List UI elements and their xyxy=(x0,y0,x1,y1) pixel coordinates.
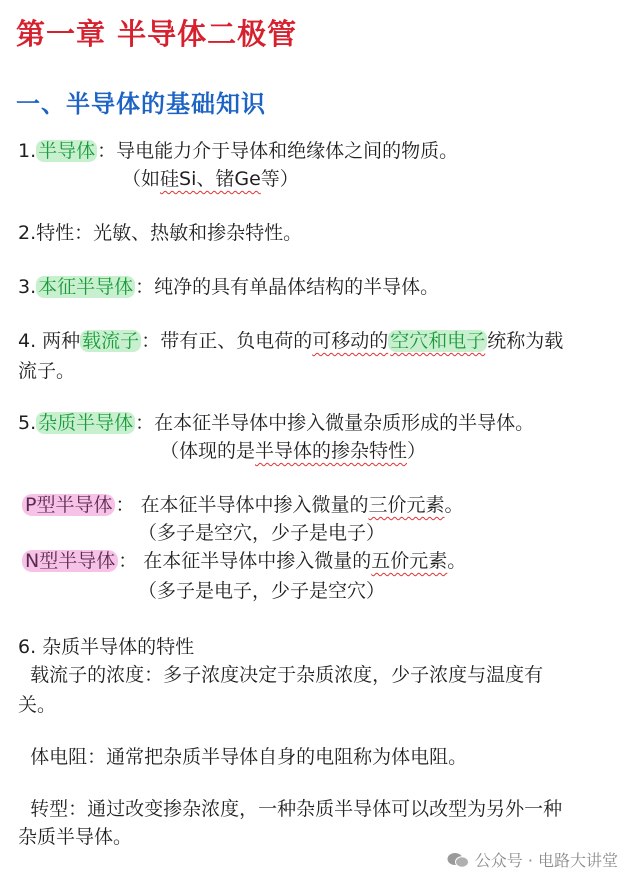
definition: ：纯净的具有单晶体结构的半导体。 xyxy=(135,276,439,298)
note-text: （体现的是 xyxy=(160,440,255,462)
note-text: ） xyxy=(407,440,426,462)
p-type-note: （多子是空穴，少子是电子） xyxy=(138,518,385,545)
item-3: 3.本征半导体：纯净的具有单晶体结构的半导体。 xyxy=(18,272,439,299)
item-number: 5. xyxy=(18,412,36,434)
wavy-underlined-text: 硅Si、锗Ge xyxy=(160,168,261,190)
note-text: （如 xyxy=(122,168,160,190)
item-number: 1. xyxy=(18,140,36,162)
carrier-concentration: 载流子的浓度：多子浓度决定于杂质浓度，少子浓度与温度有 xyxy=(18,660,543,687)
term-highlight: 空穴和电子 xyxy=(388,330,487,352)
item-2: 2.特性：光敏、热敏和掺杂特性。 xyxy=(18,218,302,245)
definition: ： 在本征半导体中掺入微量的 xyxy=(115,494,368,516)
watermark: 公众号 · 电路大讲堂 xyxy=(447,848,618,871)
n-type-line: N型半导体： 在本征半导体中掺入微量的五价元素。 xyxy=(22,546,466,573)
definition: ：在本征半导体中掺入微量杂质形成的半导体。 xyxy=(135,412,534,434)
p-type-term: P型半导体 xyxy=(22,494,115,516)
definition: 统称为载 xyxy=(487,330,563,352)
type-conversion: 转型：通过改变掺杂浓度，一种杂质半导体可以改型为另外一种 xyxy=(18,794,562,821)
item-4-cont: 流子。 xyxy=(18,356,75,383)
note-text: 等） xyxy=(261,168,299,190)
type-conversion-cont: 杂质半导体。 xyxy=(18,822,132,849)
wavy-underlined-text: 五价元素 xyxy=(371,550,447,572)
watermark-text: 公众号 · 电路大讲堂 xyxy=(475,848,618,871)
colon: ： xyxy=(97,140,116,162)
term-highlight: 半导体 xyxy=(36,140,97,162)
section-heading: 一、半导体的基础知识 xyxy=(16,84,266,119)
item-5: 5.杂质半导体：在本征半导体中掺入微量杂质形成的半导体。 xyxy=(18,408,534,435)
punct: 。 xyxy=(445,494,464,516)
chapter-title: 第一章 半导体二极管 xyxy=(16,12,297,53)
term-highlight: 本征半导体 xyxy=(36,276,135,298)
term-highlight: 载流子 xyxy=(80,330,141,352)
item-4: 4. 两种载流子：带有正、负电荷的可移动的空穴和电子统称为载 xyxy=(18,326,563,353)
wavy-underlined-text: 可移动的 xyxy=(312,330,388,352)
p-type-line: P型半导体： 在本征半导体中掺入微量的三价元素。 xyxy=(22,490,464,517)
item-6-heading: 6. 杂质半导体的特性 xyxy=(18,632,194,659)
carrier-concentration-cont: 关。 xyxy=(18,690,56,717)
item-number: 4. 两种 xyxy=(18,330,80,352)
definition: ：带有正、负电荷的 xyxy=(141,330,312,352)
wechat-icon xyxy=(447,852,469,868)
definition: 导电能力介于导体和绝缘体之间的物质。 xyxy=(116,140,458,162)
item-5-note: （体现的是半导体的掺杂特性） xyxy=(160,436,426,463)
wavy-underlined-text: 半导体的掺杂特性 xyxy=(255,440,407,462)
bulk-resistance: 体电阻：通常把杂质半导体自身的电阻称为体电阻。 xyxy=(18,742,467,769)
item-1: 1.半导体：导电能力介于导体和绝缘体之间的物质。 xyxy=(18,136,458,163)
term-highlight: 杂质半导体 xyxy=(36,412,135,434)
wavy-underlined-text: 三价元素 xyxy=(369,494,445,516)
item-1-note: （如硅Si、锗Ge等） xyxy=(122,164,299,191)
item-number: 3. xyxy=(18,276,36,298)
punct: 。 xyxy=(447,550,466,572)
n-type-note: （多子是电子，少子是空穴） xyxy=(138,576,385,603)
n-type-term: N型半导体 xyxy=(22,550,118,572)
definition: ： 在本征半导体中掺入微量的 xyxy=(118,550,371,572)
